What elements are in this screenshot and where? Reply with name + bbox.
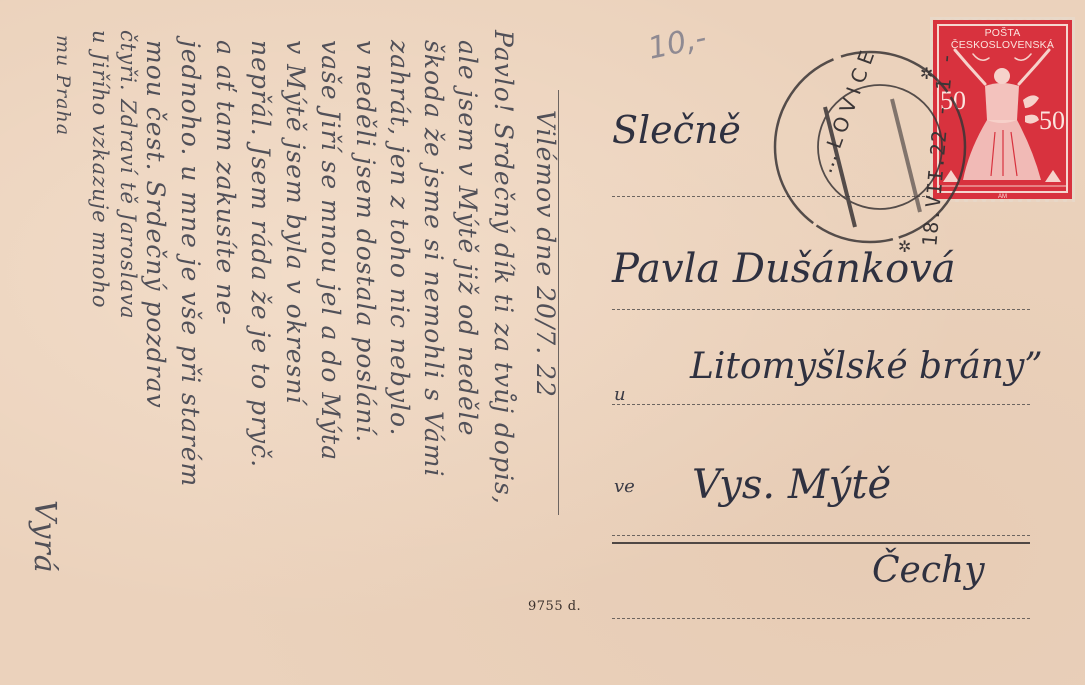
- message-line: Pavlo! Srdečný dík ti za tvůj dopis,: [489, 30, 518, 505]
- catalog-number: 9755 d.: [528, 599, 581, 614]
- address-town: Vys. Mýtě: [692, 462, 891, 508]
- message-line: mou čest. Srdečný pozdrav: [141, 40, 170, 409]
- address-rule: [612, 618, 1030, 619]
- message-signature: Vyrá: [27, 500, 62, 574]
- svg-text:✲: ✲: [898, 237, 911, 256]
- message-line: jednoho. u mne je vše při starém: [176, 40, 205, 487]
- address-town-prefix: ve: [614, 476, 635, 497]
- message-line: v neděli jsem dostala poslání.: [351, 40, 380, 443]
- address-street: Litomyšlské brány”: [690, 346, 1043, 387]
- message-line: v Mýtě jsem byla v okresní: [281, 40, 310, 405]
- address-rule: [612, 309, 1030, 310]
- handwritten-message: Vilémov dne 20/7. 22 Pavlo! Srdečný dík …: [0, 0, 560, 685]
- message-date-line: Vilémov dne 20/7. 22: [531, 110, 560, 398]
- address-solid-rule: [612, 542, 1030, 544]
- address-salutation: Slečně: [612, 108, 741, 152]
- message-line: nepřál. Jsem ráda že je to pryč.: [246, 40, 275, 468]
- message-line: ale jsem v Mýtě již od neděle: [453, 40, 482, 437]
- divider-line: [558, 90, 559, 515]
- message-line: vaše Jiří se mnou jel a do Mýta: [316, 40, 345, 461]
- message-line: zahrát, jen z toho nic nebylo.: [385, 40, 414, 437]
- address-region: Čechy: [872, 550, 985, 591]
- stamp-value-right: 50: [1039, 106, 1065, 136]
- address-rule: [612, 404, 1030, 405]
- message-line: a ať tam zakusíte ne-: [211, 40, 240, 326]
- message-line: u Jiřího vzkazuje mnoho: [88, 30, 112, 309]
- message-line: mu Praha: [52, 35, 74, 136]
- address-street-prefix: u: [614, 384, 626, 405]
- postmark-cancellation: ✲ ✲ …LOVICE 18.VII.22 - 1 -: [770, 37, 970, 237]
- message-line: čtyři. Zdraví tě Jaroslava: [116, 30, 140, 320]
- message-line: škoda že jsme si nemohli s Vámi: [419, 40, 448, 477]
- address-rule: [612, 535, 1030, 536]
